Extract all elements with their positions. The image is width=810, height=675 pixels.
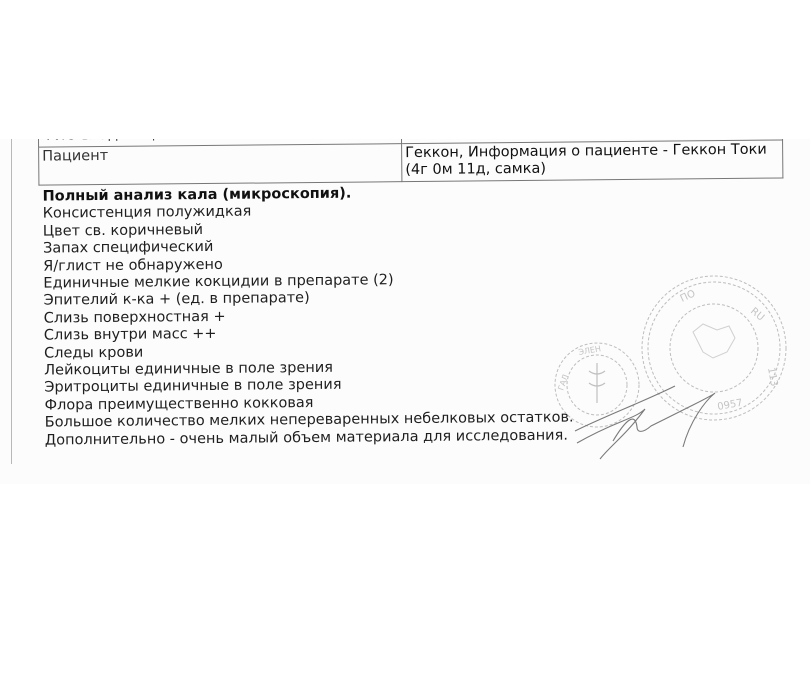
table-row-patient: Пациент Геккон, Информация о пациенте - … [39, 140, 783, 185]
stool-analysis-report: Полный анализ кала (микроскопия). Консис… [42, 184, 573, 450]
document-sheet: ФИО владельца Пациент Геккон, Информация… [0, 139, 810, 484]
patient-value-line1: Геккон, Информация о пациенте - Геккон Т… [405, 142, 779, 163]
patient-value-line2: (4г 0м 11д, самка) [405, 159, 779, 180]
owner-label: ФИО владельца [42, 139, 398, 140]
patient-info-table: ФИО владельца Пациент Геккон, Информация… [38, 139, 783, 186]
patient-value-cell: Геккон, Информация о пациенте - Геккон Т… [402, 140, 783, 182]
patient-label: Пациент [39, 144, 402, 185]
scanned-document: ФИО владельца Пациент Геккон, Информация… [0, 139, 810, 484]
